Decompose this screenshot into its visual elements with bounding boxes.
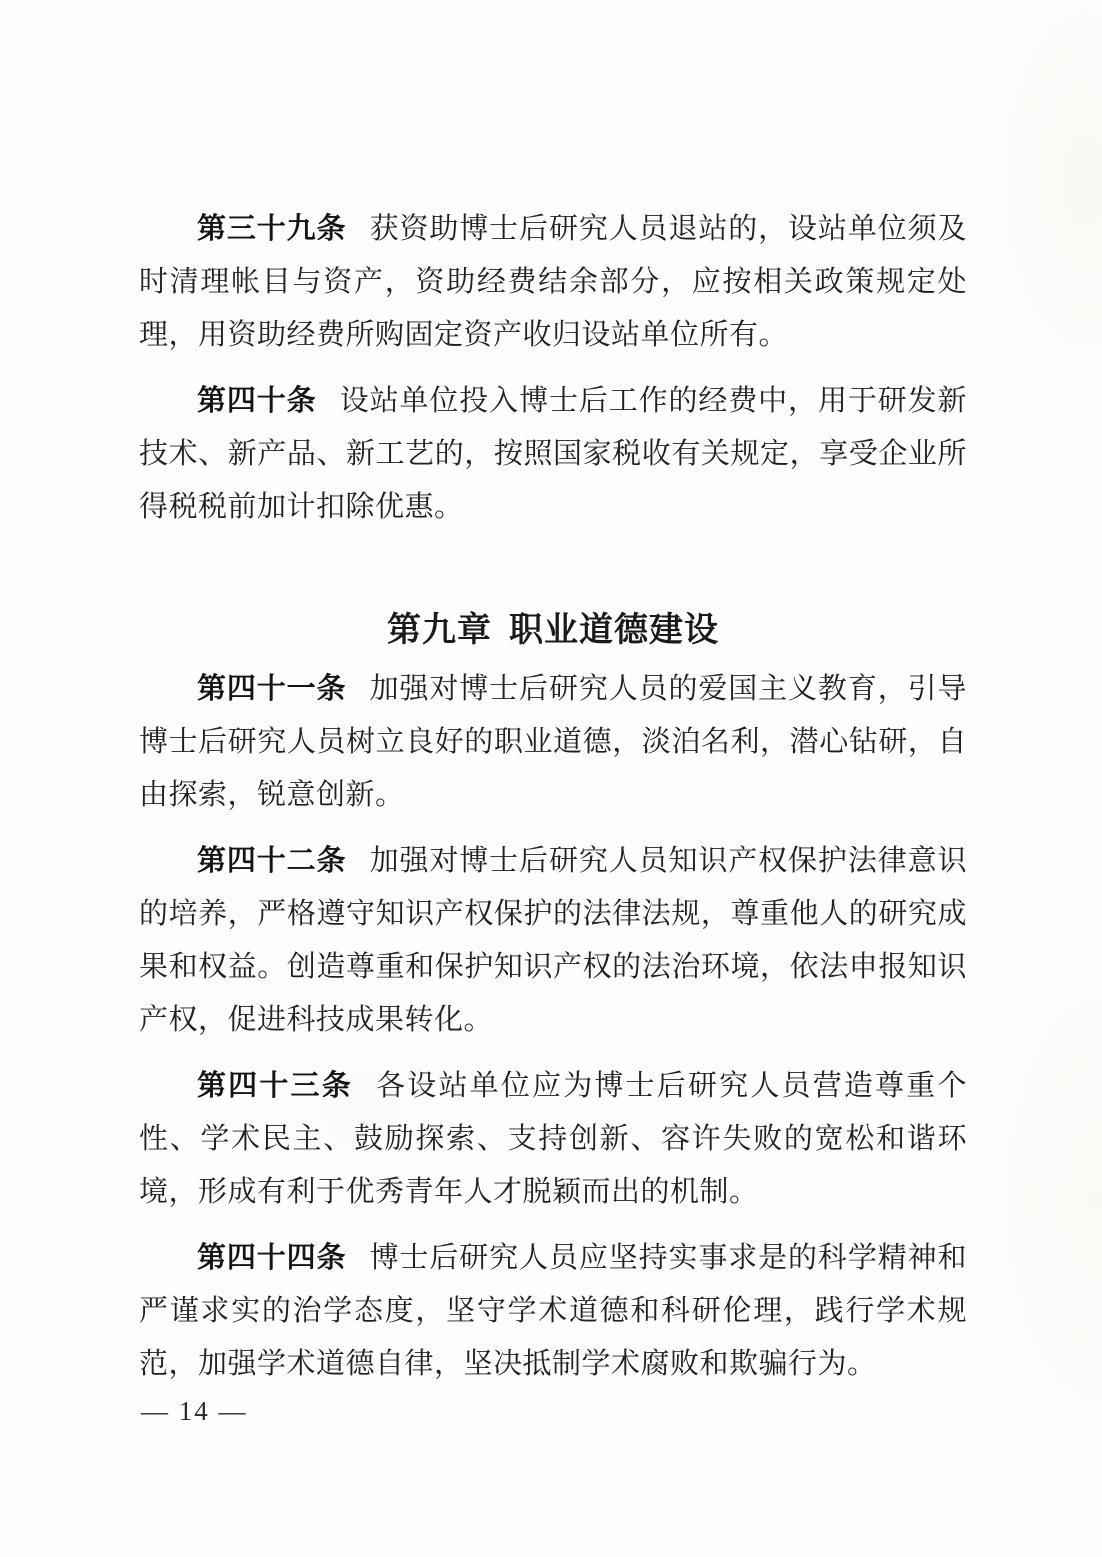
article-41-number: 第四十一条 xyxy=(197,673,346,705)
document-body: 第三十九条获资助博士后研究人员退站的，设站单位须及时清理帐目与资产，资助经费结余… xyxy=(139,203,967,1404)
article-43-paragraph: 第四十三条各设站单位应为博士后研究人员营造尊重个性、学术民主、鼓励探索、支持创新… xyxy=(139,1060,967,1219)
article-44-number: 第四十四条 xyxy=(197,1242,346,1274)
article-44-paragraph: 第四十四条博士后研究人员应坚持实事求是的科学精神和严谨求实的治学态度，坚守学术道… xyxy=(139,1232,967,1391)
chapter-title: 职业道德建设 xyxy=(509,612,719,649)
article-41-paragraph: 第四十一条加强对博士后研究人员的爱国主义教育，引导博士后研究人员树立良好的职业道… xyxy=(139,663,967,822)
article-43-number: 第四十三条 xyxy=(197,1070,353,1102)
article-39-paragraph: 第三十九条获资助博士后研究人员退站的，设站单位须及时清理帐目与资产，资助经费结余… xyxy=(139,203,967,362)
page-number: — 14 — xyxy=(141,1396,248,1426)
article-40-number: 第四十条 xyxy=(197,385,317,417)
article-42-number: 第四十二条 xyxy=(197,845,346,877)
article-40-paragraph: 第四十条设站单位投入博士后工作的经费中，用于研发新技术、新产品、新工艺的，按照国… xyxy=(139,375,967,534)
article-42-paragraph: 第四十二条加强对博士后研究人员知识产权保护法律意识的培养，严格遵守知识产权保护的… xyxy=(139,835,967,1047)
chapter-9-heading: 第九章职业道德建设 xyxy=(139,604,967,657)
page-footer: — 14 — xyxy=(141,1393,248,1429)
chapter-number: 第九章 xyxy=(387,612,492,649)
article-39-number: 第三十九条 xyxy=(197,213,346,245)
